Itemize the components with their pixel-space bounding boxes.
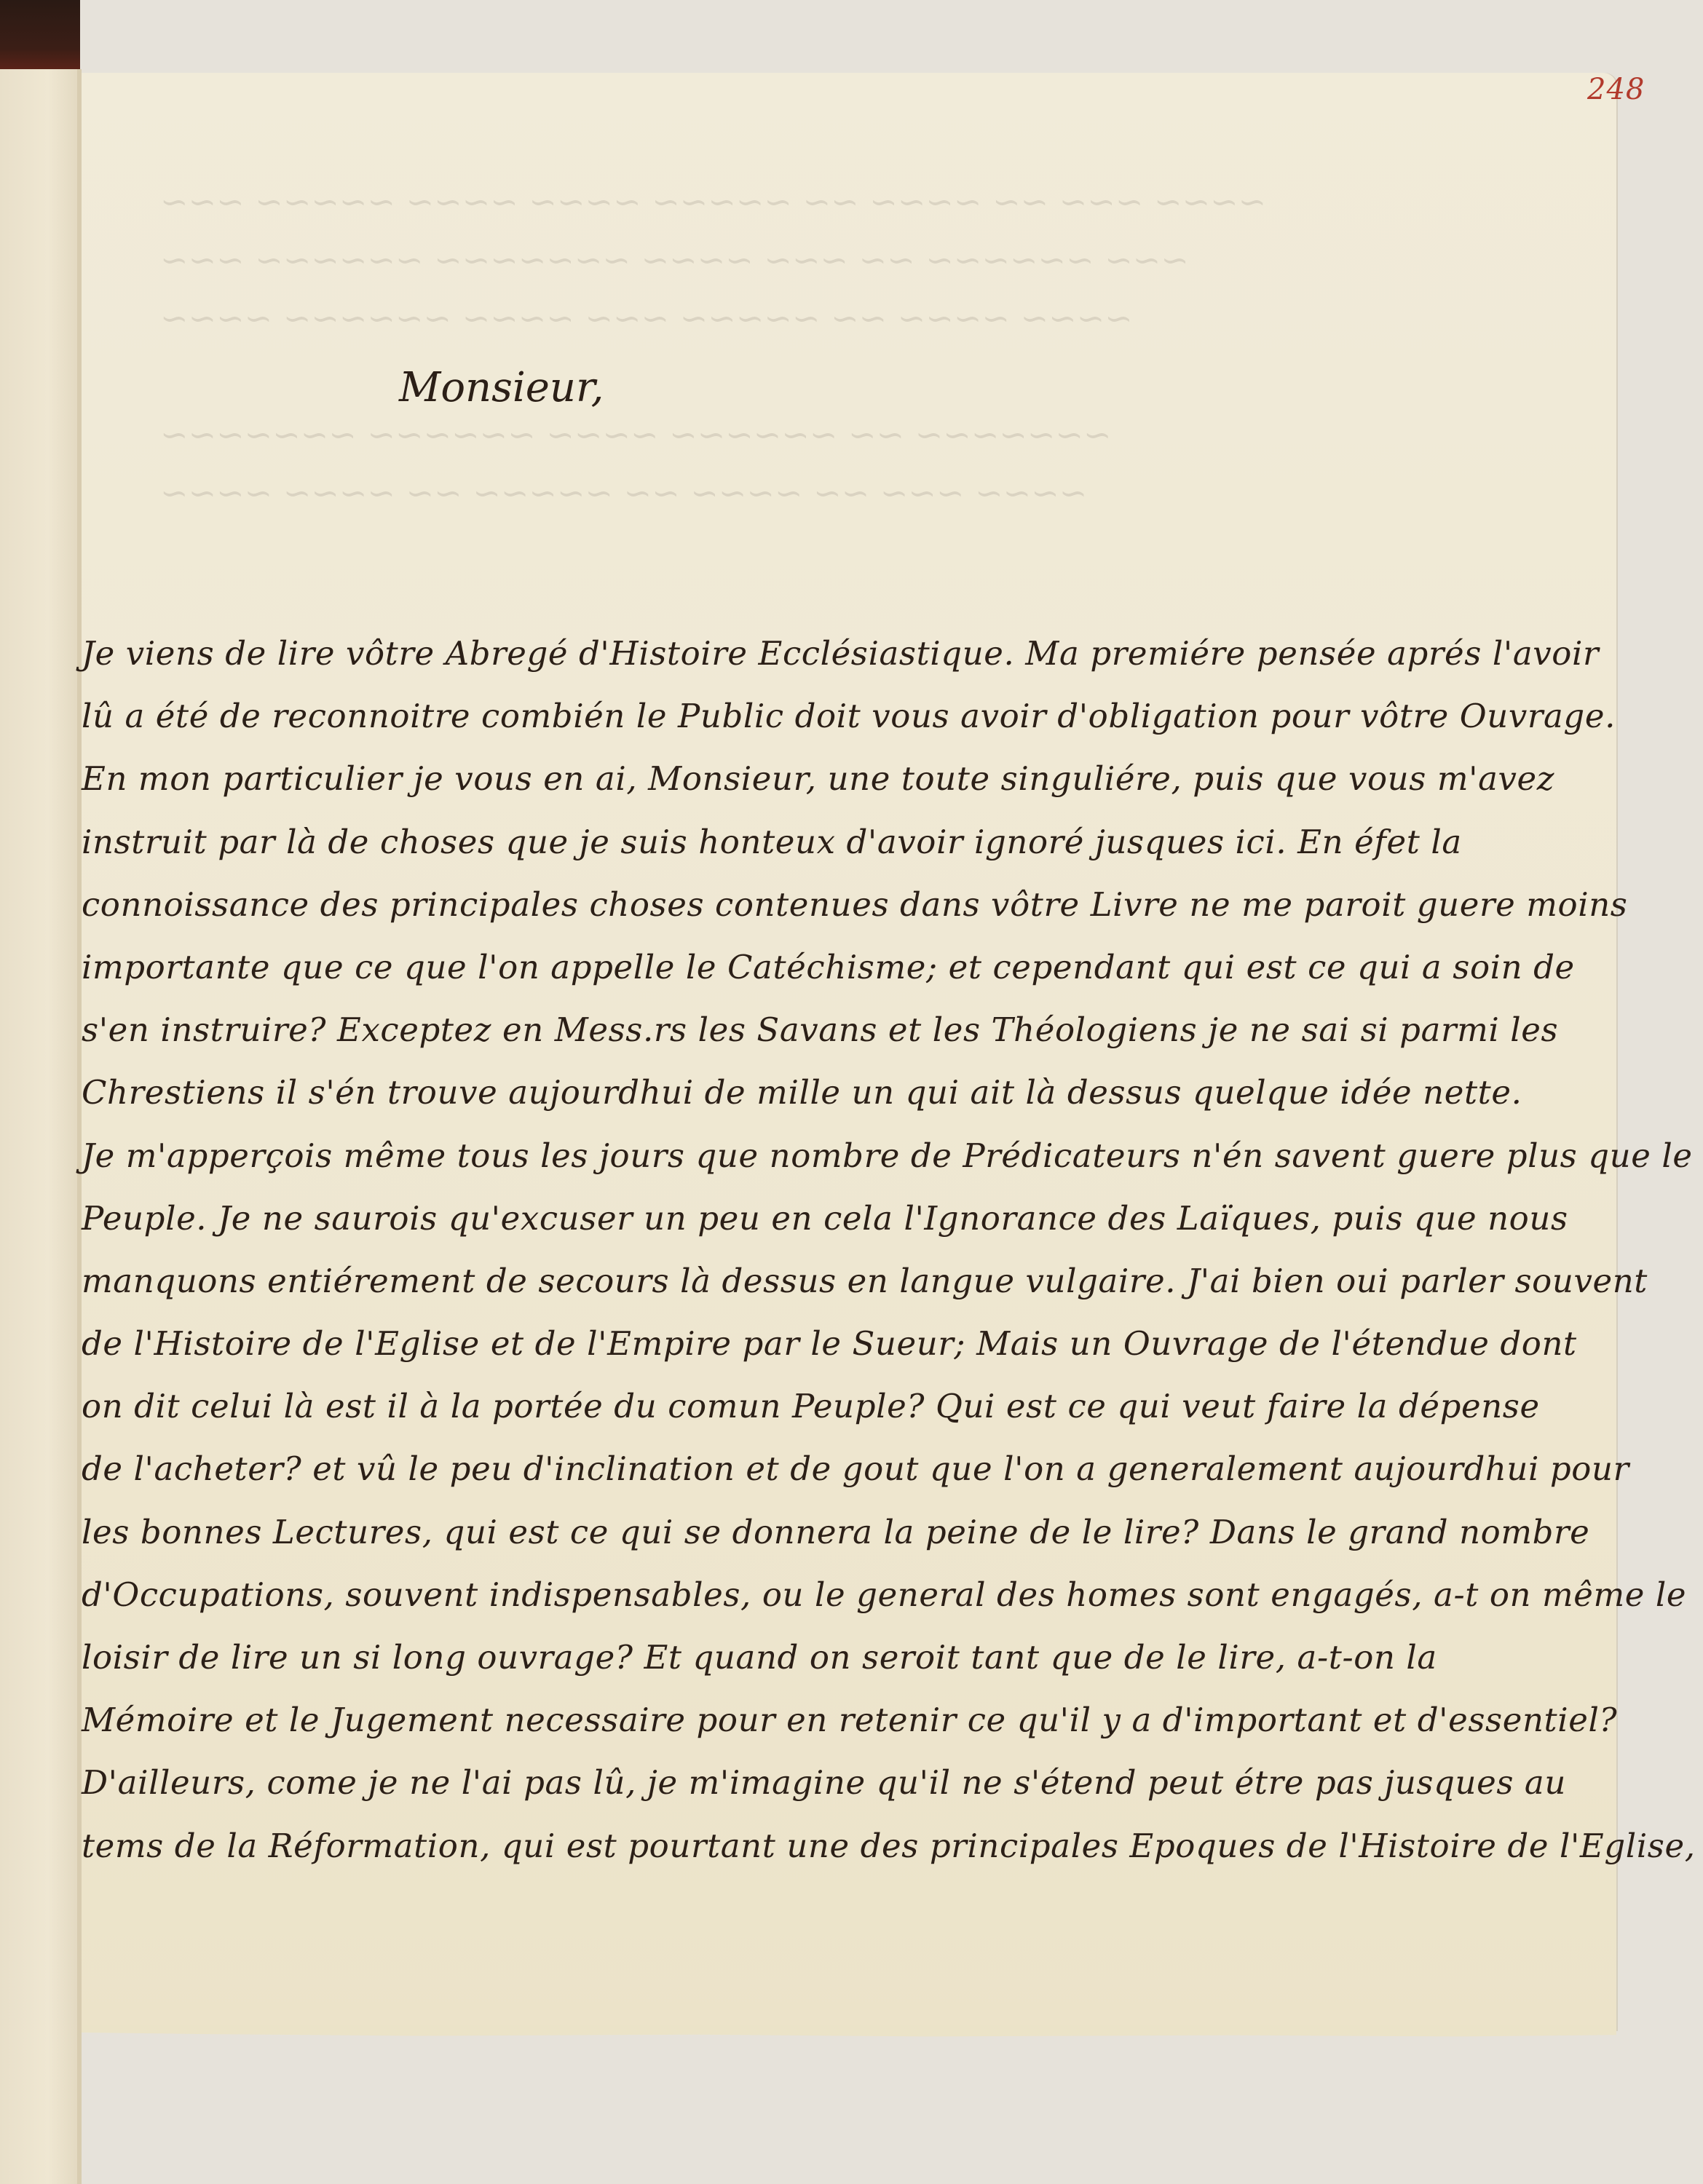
folio-number: 248 [1587, 73, 1645, 106]
show-through-text: ~~~ ~~~~~~ ~~ ~~~ ~~~~ ~~~~~~~ ~~~~~~ ~~… [160, 240, 1189, 280]
text-line: Peuple. Je ne saurois qu'excuser un peu … [82, 1187, 1603, 1250]
text-line: s'en instruire? Exceptez en Mess.rs les … [82, 999, 1603, 1061]
text-line: instruit par là de choses que je suis ho… [82, 811, 1603, 874]
text-line: lû a été de reconnoitre combién le Publi… [82, 685, 1603, 748]
text-line: D'ailleurs, come je ne l'ai pas lû, je m… [82, 1752, 1603, 1814]
text-line: les bonnes Lectures, qui est ce qui se d… [82, 1501, 1603, 1564]
text-line: En mon particulier je vous en ai, Monsie… [82, 748, 1603, 810]
text-line: on dit celui là est il à la portée du co… [82, 1375, 1603, 1438]
book-cover-corner [0, 0, 80, 69]
show-through-text: ~~~~~~~ ~~ ~~~~~~ ~~~~ ~~~~~~ ~~~~~~~ [160, 415, 1112, 454]
book-binding-margin [0, 0, 80, 2184]
text-line: importante que ce que l'on appelle le Ca… [82, 936, 1603, 999]
text-line: connoissance des principales choses cont… [82, 874, 1603, 936]
text-line: Je m'apperçois même tous les jours que n… [82, 1125, 1603, 1187]
text-line: Mémoire et le Jugement necessaire pour e… [82, 1689, 1603, 1752]
show-through-text: ~~~~ ~~~ ~~ ~~~~ ~~ ~~~~~ ~~~~ ~~~~ ~~~~… [160, 182, 1266, 221]
text-line: de l'acheter? et vû le peu d'inclination… [82, 1438, 1603, 1500]
text-line: tems de la Réformation, qui est pourtant… [82, 1815, 1603, 1878]
salutation: Monsieur, [399, 364, 604, 411]
text-line: loisir de lire un si long ouvrage? Et qu… [82, 1626, 1603, 1689]
text-line: d'Occupations, souvent indispensables, o… [82, 1564, 1603, 1626]
show-through-text: ~~~~ ~~~~ ~~ ~~~~~ ~~~ ~~~~ ~~~~~~ ~~~~ [160, 298, 1133, 338]
text-line: de l'Histoire de l'Eglise et de l'Empire… [82, 1313, 1603, 1375]
text-line: Je viens de lire vôtre Abregé d'Histoire… [82, 622, 1603, 685]
show-through-text: ~~~~ ~~~ ~~ ~~~~ ~~ ~~~~~ ~~ ~~~~ ~~~~ [160, 473, 1087, 513]
text-line: Chrestiens il s'én trouve aujourdhui de … [82, 1061, 1603, 1124]
letter-body: Je viens de lire vôtre Abregé d'Histoire… [82, 622, 1603, 1878]
text-line: manquons entiérement de secours là dessu… [82, 1250, 1603, 1313]
